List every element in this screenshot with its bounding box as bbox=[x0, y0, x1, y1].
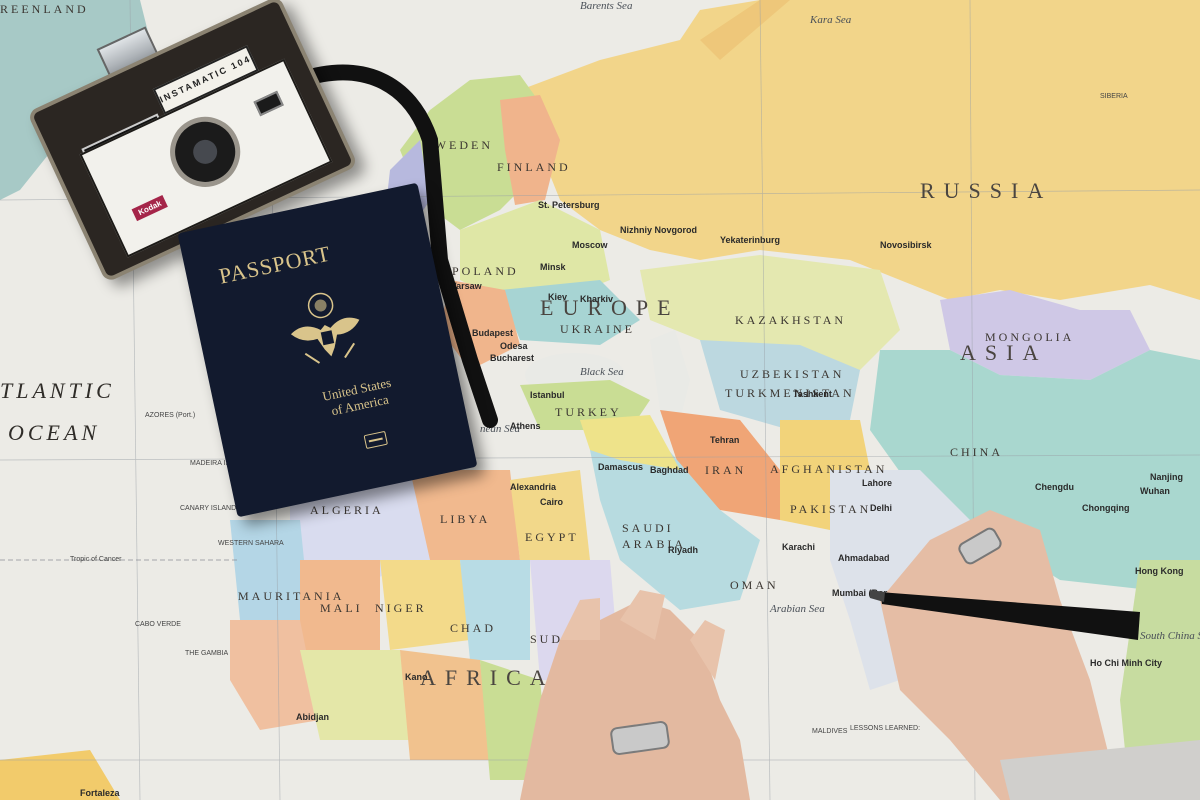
photo-scene: EUROPEASIAAFRICARUSSIATLANTICOCEANKAZAKH… bbox=[0, 0, 1200, 800]
hands-with-pen bbox=[0, 0, 1200, 800]
